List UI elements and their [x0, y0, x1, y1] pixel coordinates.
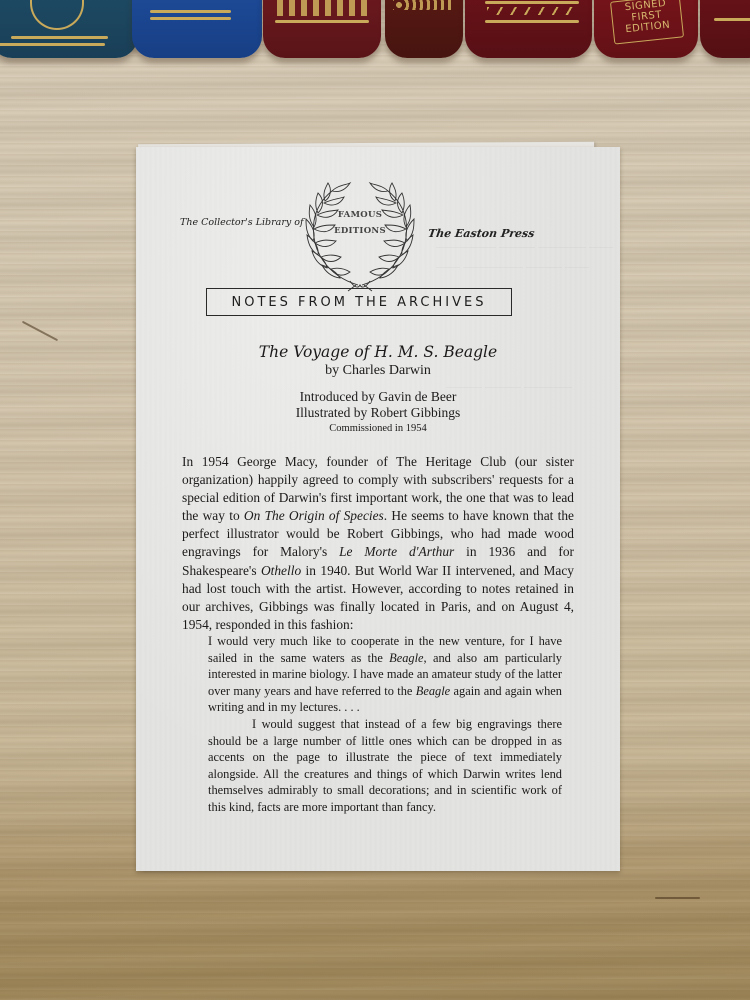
- book-row: SIGNED FIRST EDITION: [0, 0, 750, 62]
- gold-band: [275, 20, 369, 23]
- body-paragraph: In 1954 George Macy, founder of The Heri…: [182, 453, 574, 634]
- laurel-wreath-icon: [298, 181, 422, 293]
- gold-band: [150, 10, 231, 13]
- brown-book: [385, 0, 463, 58]
- wood-scratch: [655, 897, 700, 899]
- italic-title: Othello: [261, 563, 301, 578]
- gibbings-quote: I would very much like to cooperate in t…: [208, 633, 562, 816]
- document-header: The Collector's Library of: [136, 185, 620, 297]
- wood-scratch: [22, 321, 58, 342]
- gold-band: [150, 17, 231, 20]
- teal-book: [0, 0, 138, 58]
- book-title: The Voyage of H. M. S. Beagle: [136, 342, 620, 362]
- gold-emblem: [30, 0, 84, 30]
- title-block: The Voyage of H. M. S. Beagle by Charles…: [136, 342, 620, 437]
- wreath-text-editions: EDITIONS: [298, 226, 422, 236]
- laurel-wreath-logo: FAMOUS EDITIONS: [298, 181, 422, 293]
- spacer: [136, 379, 620, 389]
- red-book: [465, 0, 592, 58]
- illustrated-by: Illustrated by Robert Gibbings: [136, 405, 620, 421]
- introduced-by: Introduced by Gavin de Beer: [136, 389, 620, 405]
- italic-title: Beagle: [389, 651, 423, 665]
- italic-title: On The Origin of Species: [244, 508, 384, 523]
- paragraph-1: In 1954 George Macy, founder of The Heri…: [182, 453, 574, 634]
- publisher-signature: The Easton Press: [427, 227, 535, 240]
- archive-note-sheet: ————— ——— ———— —— —— ————— ——— —— ——— ——…: [136, 147, 620, 871]
- commissioned-year: Commissioned in 1954: [136, 421, 620, 437]
- italic-title: Le Morte d'Arthur: [339, 544, 454, 559]
- signed-first-edition-label: SIGNED FIRST EDITION: [610, 0, 684, 45]
- gold-band: [485, 20, 579, 23]
- book-author: by Charles Darwin: [136, 362, 620, 379]
- gold-band: [11, 36, 109, 39]
- gold-band: [714, 18, 750, 21]
- gold-band: [0, 43, 105, 46]
- blue-book: [132, 0, 262, 58]
- gold-pattern: [277, 0, 369, 16]
- archives-banner: NOTES FROM THE ARCHIVES: [206, 288, 512, 316]
- wreath-text-famous: FAMOUS: [298, 210, 422, 220]
- quote-paragraph-1: I would very much like to cooperate in t…: [208, 633, 562, 716]
- gold-wave: [487, 7, 578, 15]
- gold-band: [485, 1, 579, 4]
- gold-pattern: [393, 0, 455, 10]
- collector-label: The Collector's Library of: [180, 217, 304, 228]
- red-book-partial: [700, 0, 750, 58]
- signed-first-edition-book: SIGNED FIRST EDITION: [594, 0, 698, 58]
- italic-title: Beagle: [416, 684, 450, 698]
- maroon-book: [263, 0, 381, 58]
- quote-paragraph-2: I would suggest that instead of a few bi…: [208, 716, 562, 816]
